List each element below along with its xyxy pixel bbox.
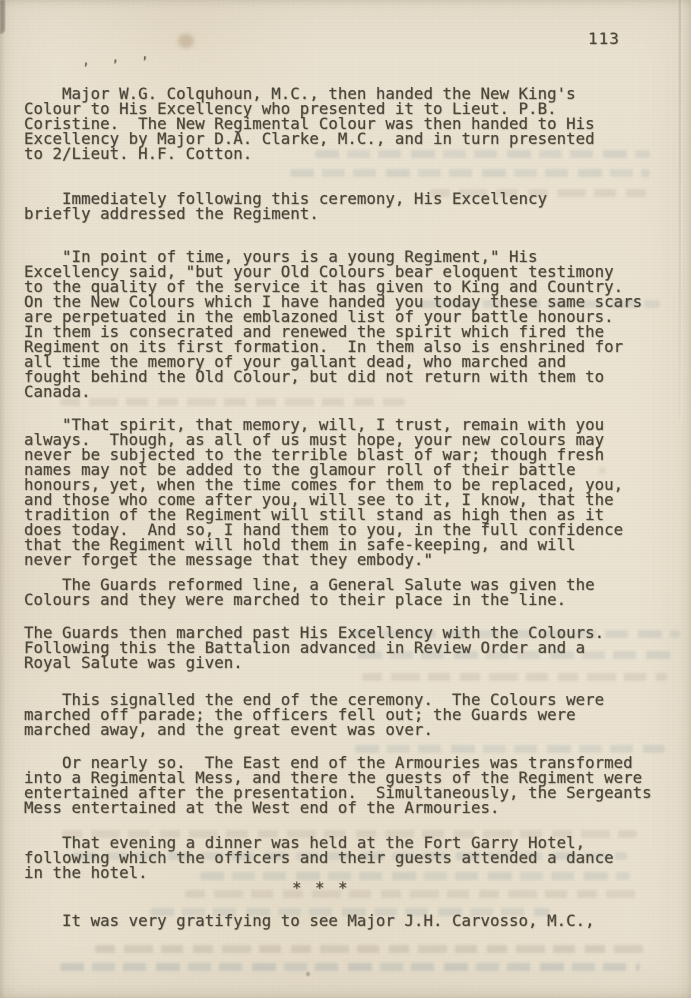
page-number: 113 bbox=[588, 30, 620, 48]
paragraph: That evening a dinner was held at the Fo… bbox=[24, 835, 672, 880]
paragraph: It was very gratifying to see Major J.H.… bbox=[24, 913, 672, 928]
scanned-page: 113 ’ ’ ’ Major W.G. Colquhoun, M.C., th… bbox=[0, 0, 691, 998]
paragraph: This signalled the end of the ceremony. … bbox=[24, 692, 672, 737]
bleed-through-line bbox=[95, 945, 650, 953]
paragraph: The Guards reformed line, a General Salu… bbox=[24, 577, 672, 607]
paper-speck bbox=[306, 972, 310, 976]
paper-smudge bbox=[178, 34, 194, 48]
paragraph: Or nearly so. The East end of the Armour… bbox=[24, 755, 672, 815]
document-body: Major W.G. Colquhoun, M.C., then handed … bbox=[24, 86, 672, 928]
paragraph: The Guards then marched past His Excelle… bbox=[24, 625, 672, 670]
separator: * * * bbox=[292, 880, 672, 895]
paragraph: Major W.G. Colquhoun, M.C., then handed … bbox=[24, 86, 672, 161]
scan-edge-artifact bbox=[0, 0, 5, 34]
paragraph: "That spirit, that memory, will, I trust… bbox=[24, 417, 672, 567]
stray-typed-marks: ’ ’ ’ bbox=[81, 54, 156, 77]
paper-crease bbox=[679, 0, 681, 420]
paragraph: "In point of time, yours is a young Regi… bbox=[24, 249, 672, 399]
paragraph: Immediately following this ceremony, His… bbox=[24, 191, 672, 221]
bleed-through-line bbox=[60, 963, 640, 971]
